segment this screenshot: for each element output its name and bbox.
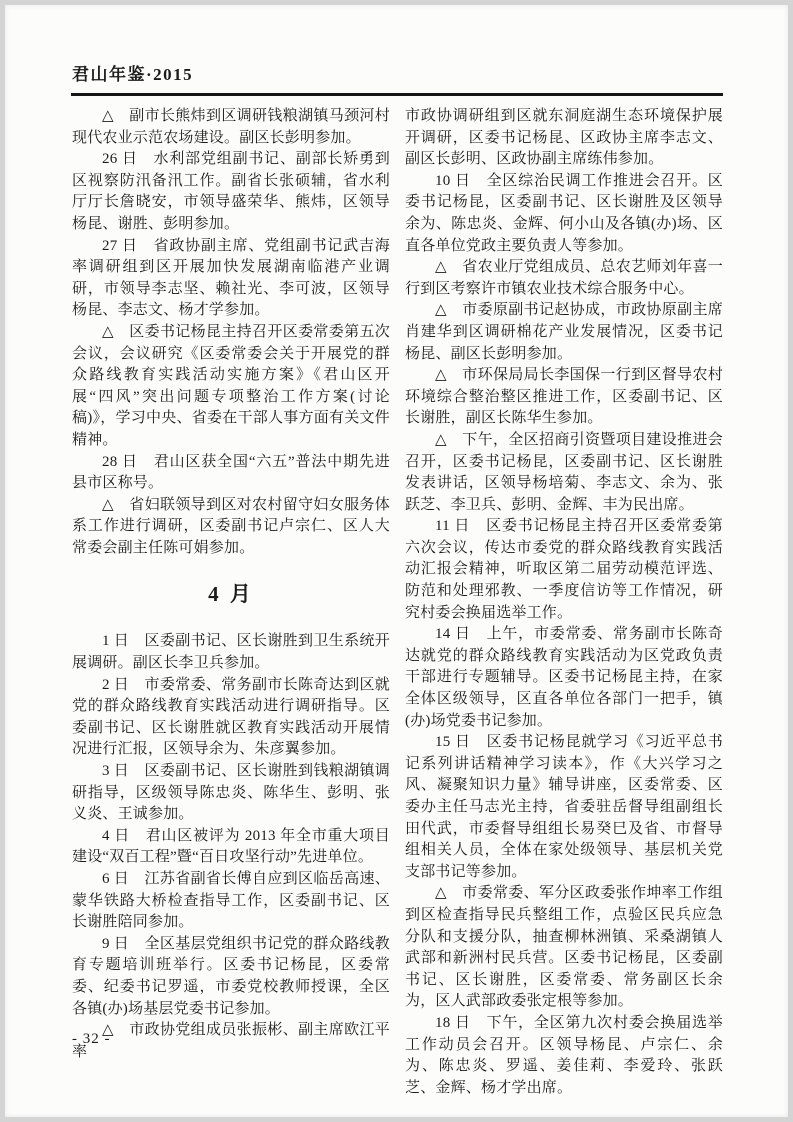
entry: 3 日 区委副书记、区长谢胜到钱粮湖镇调研指导，区级领导陈忠炎、陈华生、彭明、张… [72,761,390,826]
entry-text: 副市长熊炜到区调研钱粮湖镇马颈河村现代农业示范农场建设。副区长彭明参加。 [72,108,390,146]
entry: △ 省农业厅党组成员、总农艺师刘年喜一行到区考察许市镇农业技术综合服务中心。 [405,257,723,300]
page-header-title: 君山年鉴·2015 [72,60,193,85]
entry-label: △ [102,324,114,340]
entry: 1 日 区委副书记、区长谢胜到卫生系统开展调研。副区长李卫兵参加。 [72,631,390,674]
entry-text: 区委书记杨昆主持召开区委常委第五次会议，会议研究《区委常委会关于开展党的群众路线… [72,324,390,448]
right-column: 市政协调研组到区就东洞庭湖生态环境保护展开调研，区委书记杨昆、区政协主席李志文、… [405,106,723,1099]
entry: 27 日 省政协副主席、党组副书记武吉海率调研组到区开展加快发展湖南临港产业调研… [72,236,390,322]
entry: 4 日 君山区被评为 2013 年全市重大项目建设“双百工程”暨“百日攻坚行动”… [72,826,390,869]
entry-label: △ [435,432,447,448]
entry: 11 日 区委书记杨昆主持召开区委常委第六次会议，传达市委党的群众路线教育实践活… [405,516,723,624]
entry-label: 27 日 [102,238,138,254]
entry: 15 日 区委书记杨昆就学习《习近平总书记系列讲话精神学习读本》，作《大兴学习之… [405,732,723,883]
entry-text: 省妇联领导到区对农村留守妇女服务体系工作进行调研，区委副书记卢宗仁、区人大常委会… [72,497,390,556]
entry: △ 省妇联领导到区对农村留守妇女服务体系工作进行调研，区委副书记卢宗仁、区人大常… [72,495,390,560]
text-columns: △ 副市长熊炜到区调研钱粮湖镇马颈河村现代农业示范农场建设。副区长彭明参加。26… [72,106,723,1099]
entry-text: 市委原副书记赵协成，市政协原副主席肖建华到区调研棉花产业发展情况，区委书记杨昆、… [405,302,723,361]
entry-label: 28 日 [102,454,138,470]
entry-label: 3 日 [102,763,129,779]
entry-label: 15 日 [435,734,471,750]
entry-text: 省农业厅党组成员、总农艺师刘年喜一行到区考察许市镇农业技术综合服务中心。 [405,259,723,297]
left-column: △ 副市长熊炜到区调研钱粮湖镇马颈河村现代农业示范农场建设。副区长彭明参加。26… [72,106,390,1099]
entry: △ 区委书记杨昆主持召开区委常委第五次会议，会议研究《区委常委会关于开展党的群众… [72,322,390,452]
entry: △ 市政协党组成员张振彬、副主席欧江平率 [72,1020,390,1063]
entry: 28 日 君山区获全国“六五”普法中期先进县市区称号。 [72,452,390,495]
entry-label: 14 日 [435,626,471,642]
entry-label: △ [435,885,447,901]
entry: 市政协调研组到区就东洞庭湖生态环境保护展开调研，区委书记杨昆、区政协主席李志文、… [405,106,723,171]
entry-label: △ [435,259,447,275]
entry: △ 下午，全区招商引资暨项目建设推进会召开，区委书记杨昆，区委副书记、区长谢胜发… [405,430,723,516]
month-heading: 4 月 [72,580,390,608]
yearbook-page: 君山年鉴·2015 △ 副市长熊炜到区调研钱粮湖镇马颈河村现代农业示范农场建设。… [5,5,788,1117]
entry: △ 市委常委、军分区政委张作坤率工作组到区检查指导民兵整组工作，点验区民兵应急分… [405,883,723,1013]
entry-label: △ [435,367,447,383]
entry: △ 市环保局局长李国保一行到区督导农村环境综合整治整区推进工作，区委副书记、区长… [405,365,723,430]
entry-text: 市政协党组成员张振彬、副主席欧江平率 [72,1022,390,1060]
entry: △ 市委原副书记赵协成，市政协原副主席肖建华到区调研棉花产业发展情况，区委书记杨… [405,300,723,365]
entry: 10 日 全区综治民调工作推进会召开。区委书记杨昆，区委副书记、区长谢胜及区领导… [405,171,723,257]
entry-text: 市政协调研组到区就东洞庭湖生态环境保护展开调研，区委书记杨昆、区政协主席李志文、… [405,108,723,167]
header-rule [71,93,723,96]
entry-label: 26 日 [102,151,138,167]
entry-label: 10 日 [435,173,471,189]
entry-label: 6 日 [102,871,129,887]
entry: 14 日 上午，市委常委、常务副市长陈奇达就党的群众路线教育实践活动为区党政负责… [405,624,723,732]
entry: 2 日 市委常委、常务副市长陈奇达到区就党的群众路线教育实践活动进行调研指导。区… [72,675,390,761]
entry-text: 区委书记杨昆就学习《习近平总书记系列讲话精神学习读本》，作《大兴学习之风、凝聚知… [405,734,723,880]
entry-label: 4 日 [102,828,130,844]
entry-label: 9 日 [102,936,129,952]
entry-text: 市委常委、军分区政委张作坤率工作组到区检查指导民兵整组工作，点验区民兵应急分队和… [405,885,723,1009]
entry-label: 2 日 [102,677,129,693]
entry-label: 18 日 [435,1015,471,1031]
entry-label: △ [102,108,114,124]
entry: 26 日 水利部党组副书记、副部长矫勇到区视察防汛备汛工作。副省长张硕辅，省水利… [72,149,390,235]
entry-label: 11 日 [435,518,470,534]
entry-label: △ [435,302,447,318]
entry-label: △ [102,497,114,513]
entry: 6 日 江苏省副省长傅自应到区临岳高速、蒙华铁路大桥检查指导工作，区委副书记、区… [72,869,390,934]
entry-label: 1 日 [102,633,129,649]
entry-text: 下午，全区招商引资暨项目建设推进会召开，区委书记杨昆，区委副书记、区长谢胜发表讲… [405,432,723,513]
entry: 9 日 全区基层党组织书记党的群众路线教育专题培训班举行。区委书记杨昆，区委常委… [72,934,390,1020]
entry-text: 市环保局局长李国保一行到区督导农村环境综合整治整区推进工作，区委副书记、区长谢胜… [405,367,723,426]
entry: 18 日 下午，全区第九次村委会换届选举工作动员会召开。区领导杨昆、卢宗仁、余为… [405,1013,723,1099]
entry: △ 副市长熊炜到区调研钱粮湖镇马颈河村现代农业示范农场建设。副区长彭明参加。 [72,106,390,149]
page-number: - 32 - [72,1031,111,1048]
